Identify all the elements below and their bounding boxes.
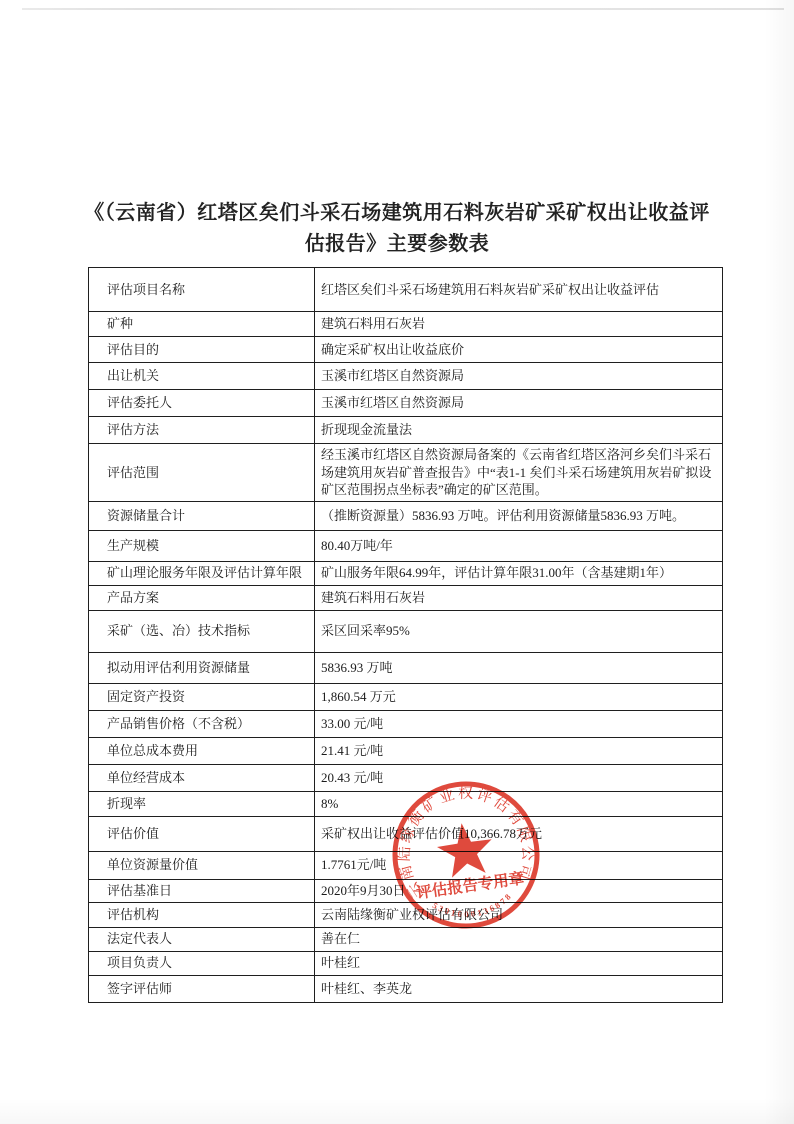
row-value: 5836.93 万吨 <box>315 652 723 683</box>
row-value: 1.7761元/吨 <box>315 851 723 879</box>
row-value: 21.41 元/吨 <box>315 737 723 764</box>
document-page: 《（云南省）红塔区矣们斗采石场建筑用石料灰岩矿采矿权出让收益评估报告》主要参数表… <box>0 0 794 1124</box>
page-edge-shadow-bottom <box>0 1098 794 1124</box>
row-label: 评估目的 <box>89 337 315 363</box>
row-value: 建筑石料用石灰岩 <box>315 312 723 337</box>
row-label: 评估基准日 <box>89 879 315 902</box>
table-row: 项目负责人 叶桂红 <box>89 951 723 975</box>
row-value: 经玉溪市红塔区自然资源局备案的《云南省红塔区洛河乡矣们斗采石场建筑用灰岩矿普查报… <box>315 444 723 502</box>
row-value: 叶桂红 <box>315 951 723 975</box>
row-value: 确定采矿权出让收益底价 <box>315 337 723 363</box>
page-edge-shadow-right <box>764 0 794 1124</box>
row-value: 33.00 元/吨 <box>315 710 723 737</box>
row-label: 单位经营成本 <box>89 764 315 791</box>
row-value: 折现现金流量法 <box>315 417 723 444</box>
table-row: 生产规模 80.40万吨/年 <box>89 530 723 561</box>
row-label: 矿种 <box>89 312 315 337</box>
table-row: 固定资产投资 1,860.54 万元 <box>89 683 723 710</box>
row-label: 出让机关 <box>89 363 315 390</box>
row-value: 8% <box>315 791 723 816</box>
page-title: 《（云南省）红塔区矣们斗采石场建筑用石料灰岩矿采矿权出让收益评估报告》主要参数表 <box>77 198 717 260</box>
table-row: 评估机构 云南陆缘衡矿业权评估有限公司 <box>89 902 723 927</box>
row-label: 拟动用评估利用资源储量 <box>89 652 315 683</box>
row-label: 法定代表人 <box>89 927 315 951</box>
row-label: 产品销售价格（不含税） <box>89 710 315 737</box>
row-label: 资源储量合计 <box>89 501 315 530</box>
row-value: 采区回采率95% <box>315 610 723 652</box>
row-value: （推断资源量）5836.93 万吨。评估利用资源储量5836.93 万吨。 <box>315 501 723 530</box>
table-row: 产品销售价格（不含税） 33.00 元/吨 <box>89 710 723 737</box>
row-label: 生产规模 <box>89 530 315 561</box>
table-row: 产品方案 建筑石料用石灰岩 <box>89 585 723 610</box>
table-row: 矿山理论服务年限及评估计算年限 矿山服务年限64.99年，评估计算年限31.00… <box>89 561 723 585</box>
row-label: 评估委托人 <box>89 390 315 417</box>
row-value: 20.43 元/吨 <box>315 764 723 791</box>
row-value: 采矿权出让收益评估价值10,366.78万元 <box>315 816 723 851</box>
row-value: 建筑石料用石灰岩 <box>315 585 723 610</box>
row-label: 单位总成本费用 <box>89 737 315 764</box>
row-value: 善在仁 <box>315 927 723 951</box>
row-label: 单位资源量价值 <box>89 851 315 879</box>
table-row: 评估项目名称 红塔区矣们斗采石场建筑用石料灰岩矿采矿权出让收益评估 <box>89 268 723 312</box>
row-value: 玉溪市红塔区自然资源局 <box>315 390 723 417</box>
table-row: 签字评估师 叶桂红、李英龙 <box>89 975 723 1002</box>
row-label: 签字评估师 <box>89 975 315 1002</box>
row-label: 评估机构 <box>89 902 315 927</box>
row-label: 采矿（选、冶）技术指标 <box>89 610 315 652</box>
table-row: 折现率 8% <box>89 791 723 816</box>
table-row: 评估目的 确定采矿权出让收益底价 <box>89 337 723 363</box>
row-label: 评估范围 <box>89 444 315 502</box>
row-label: 矿山理论服务年限及评估计算年限 <box>89 561 315 585</box>
row-label: 评估项目名称 <box>89 268 315 312</box>
row-value: 玉溪市红塔区自然资源局 <box>315 363 723 390</box>
table-row: 采矿（选、冶）技术指标 采区回采率95% <box>89 610 723 652</box>
table-row: 资源储量合计 （推断资源量）5836.93 万吨。评估利用资源储量5836.93… <box>89 501 723 530</box>
table-row: 单位总成本费用 21.41 元/吨 <box>89 737 723 764</box>
table-row: 矿种 建筑石料用石灰岩 <box>89 312 723 337</box>
row-label: 评估价值 <box>89 816 315 851</box>
row-label: 项目负责人 <box>89 951 315 975</box>
row-value: 2020年9月30日 <box>315 879 723 902</box>
row-label: 产品方案 <box>89 585 315 610</box>
row-value: 红塔区矣们斗采石场建筑用石料灰岩矿采矿权出让收益评估 <box>315 268 723 312</box>
scan-artifact-line <box>22 8 784 10</box>
row-value: 云南陆缘衡矿业权评估有限公司 <box>315 902 723 927</box>
table-row: 评估价值 采矿权出让收益评估价值10,366.78万元 <box>89 816 723 851</box>
table-row: 评估基准日 2020年9月30日 <box>89 879 723 902</box>
row-label: 折现率 <box>89 791 315 816</box>
row-value: 叶桂红、李英龙 <box>315 975 723 1002</box>
table-row: 评估方法 折现现金流量法 <box>89 417 723 444</box>
table-row: 单位资源量价值 1.7761元/吨 <box>89 851 723 879</box>
table-row: 拟动用评估利用资源储量 5836.93 万吨 <box>89 652 723 683</box>
parameters-table: 评估项目名称 红塔区矣们斗采石场建筑用石料灰岩矿采矿权出让收益评估 矿种 建筑石… <box>88 267 723 1003</box>
row-value: 80.40万吨/年 <box>315 530 723 561</box>
table-row: 评估范围 经玉溪市红塔区自然资源局备案的《云南省红塔区洛河乡矣们斗采石场建筑用灰… <box>89 444 723 502</box>
table-row: 评估委托人 玉溪市红塔区自然资源局 <box>89 390 723 417</box>
table-row: 法定代表人 善在仁 <box>89 927 723 951</box>
row-label: 固定资产投资 <box>89 683 315 710</box>
row-value: 矿山服务年限64.99年，评估计算年限31.00年（含基建期1年） <box>315 561 723 585</box>
table-row: 出让机关 玉溪市红塔区自然资源局 <box>89 363 723 390</box>
table-row: 单位经营成本 20.43 元/吨 <box>89 764 723 791</box>
row-value: 1,860.54 万元 <box>315 683 723 710</box>
row-label: 评估方法 <box>89 417 315 444</box>
